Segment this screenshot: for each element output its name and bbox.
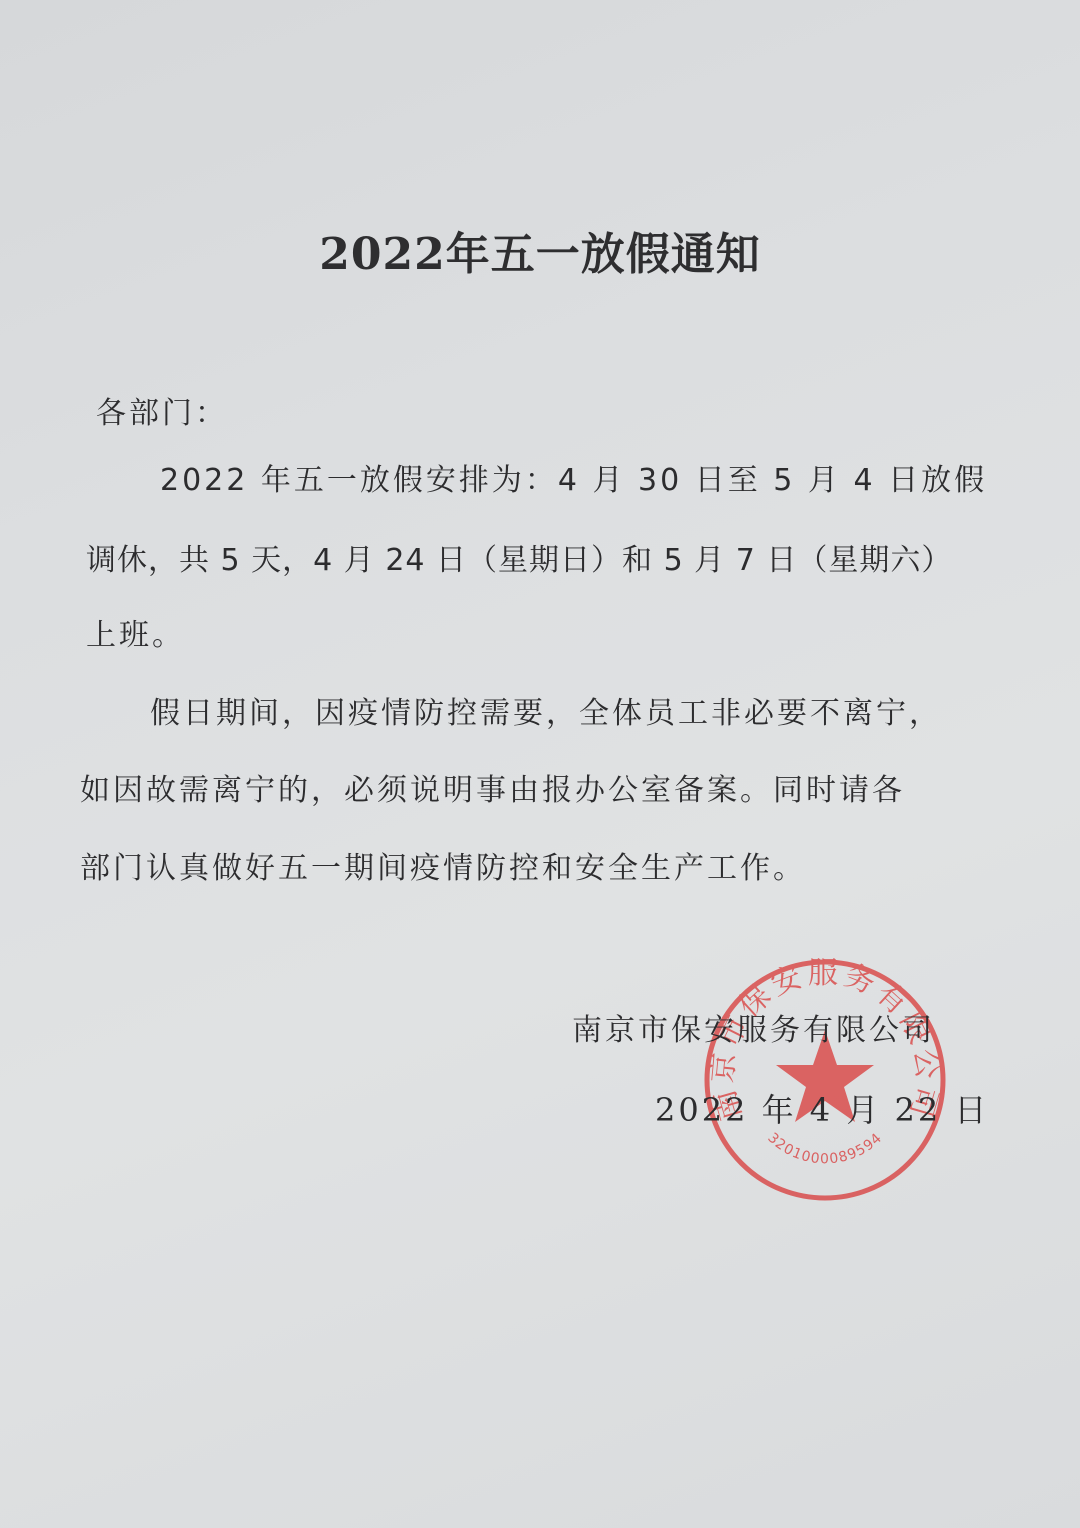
paragraph-1-line-3: 上班。 — [86, 610, 185, 654]
company-seal-stamp: 南京市保安服务有限公司 3201000089594 — [700, 955, 950, 1205]
paragraph-1-line-2: 调休，共 5 天，4 月 24 日（星期日）和 5 月 7 日（星期六） — [86, 535, 952, 579]
signature-date: 2022 年 4 月 22 日 — [655, 1085, 989, 1131]
document-title: 2022年五一放假通知 — [0, 218, 1080, 282]
salutation: 各部门： — [96, 388, 228, 432]
svg-text:3201000089594: 3201000089594 — [764, 1130, 885, 1167]
signature-organization: 南京市保安服务有限公司 — [572, 1005, 935, 1049]
paragraph-2-line-1: 假日期间，因疫情防控需要，全体员工非必要不离宁， — [150, 688, 942, 732]
paragraph-2-line-2: 如因故需离宁的，必须说明事由报办公室备案。同时请各 — [80, 765, 905, 809]
paragraph-2-line-3: 部门认真做好五一期间疫情防控和安全生产工作。 — [80, 843, 806, 887]
paragraph-1-line-1: 2022 年五一放假安排为：4 月 30 日至 5 月 4 日放假 — [160, 455, 987, 499]
document-page: 2022年五一放假通知 各部门： 2022 年五一放假安排为：4 月 30 日至… — [0, 0, 1080, 1528]
